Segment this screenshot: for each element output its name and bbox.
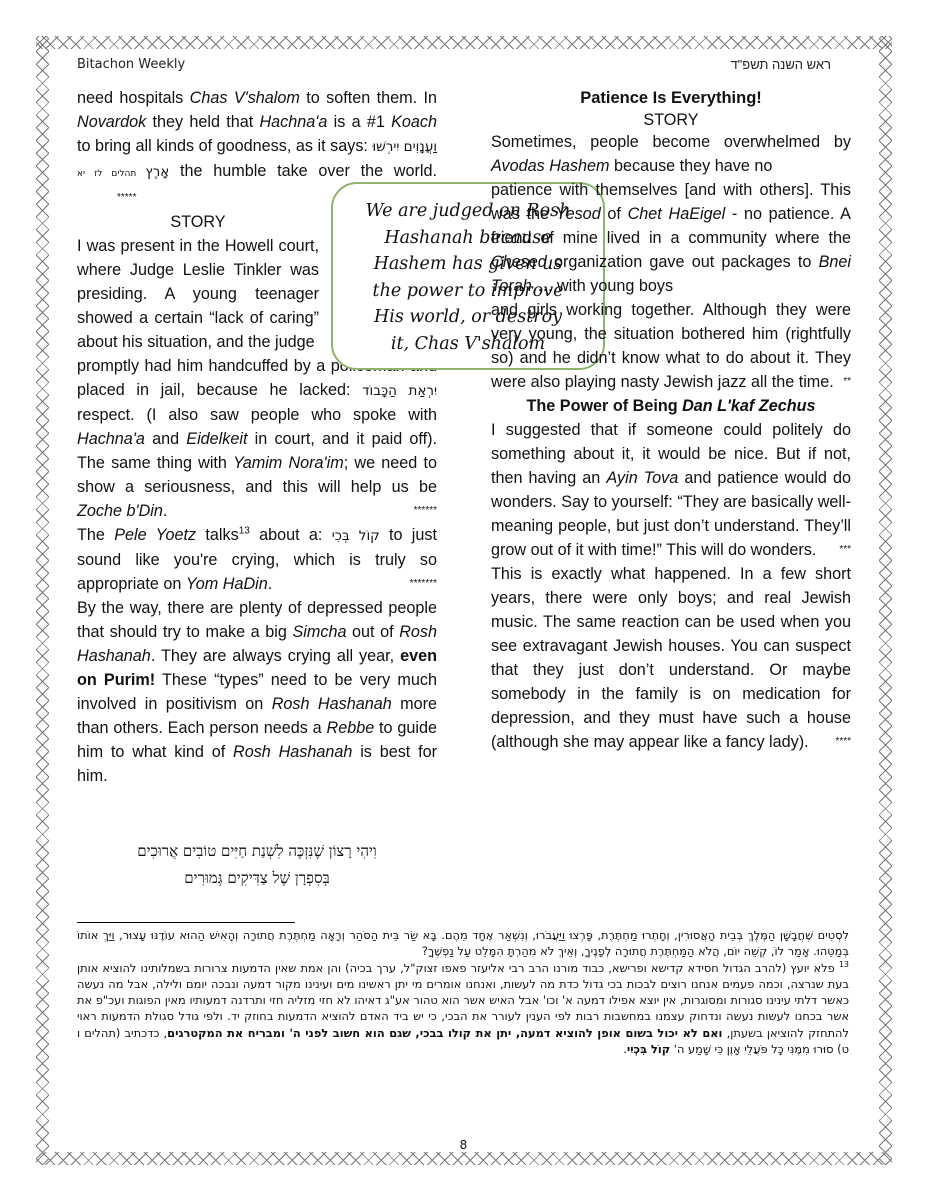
story-paragraph-narrow: I was present in the Howell court, where… (77, 234, 319, 354)
right-column: Patience Is Everything! STORY Sometimes,… (491, 86, 851, 754)
section-stars: *** (839, 538, 851, 562)
intro-paragraph-full: Sometimes, people become overwhelmed by … (491, 130, 851, 178)
section-stars: ******* (410, 572, 437, 596)
section-title: The Power of Being Dan L'kaf Zechus (491, 394, 851, 418)
border-left (36, 36, 49, 1165)
border-right (879, 36, 892, 1165)
border-top (36, 36, 892, 49)
footnote-reference[interactable]: 13 (239, 526, 250, 537)
intro-paragraph-continued: and girls working together. Although the… (491, 298, 851, 394)
section-stars: ** (843, 370, 851, 394)
verse-citation: תהלים לז יא (77, 169, 145, 179)
intro-paragraph-narrow: patience with themselves [and with other… (491, 178, 851, 298)
section-stars: ***** (117, 192, 136, 203)
suggestion-paragraph: I suggested that if someone could polite… (491, 418, 851, 562)
border-bottom (36, 1152, 892, 1165)
section-stars: **** (835, 730, 851, 754)
publication-name: Bitachon Weekly (77, 57, 185, 72)
story-heading: STORY (491, 110, 851, 130)
depressed-paragraph: By the way, there are plenty of depresse… (77, 596, 437, 788)
pele-yoetz-paragraph: The Pele Yoetz talks13 about a: קוֹל בְּ… (77, 523, 437, 596)
issue-hebrew-title: ראש השנה תשפ"ד (730, 57, 831, 72)
footnote-separator (77, 922, 295, 923)
footnote-continued: לִסְטִים שֶׁחֲבָשָׁן הַמֶּלֶךְ בְּבֵית ה… (77, 927, 849, 960)
hebrew-phrase: קוֹל בְּכִי (332, 528, 380, 544)
hebrew-blessing: וִיהִי רָצוֹן שֶׁנִּזְכֶּה לִשְׁנַת חַיִ… (77, 838, 437, 892)
article-title: Patience Is Everything! (491, 86, 851, 110)
footnotes-section: לִסְטִים שֶׁחֲבָשָׁן הַמֶּלֶךְ בְּבֵית ה… (77, 927, 849, 1057)
page-number: 8 (0, 1138, 927, 1152)
footnote-number: 13 (839, 960, 849, 969)
outcome-paragraph: This is exactly what happened. In a few … (491, 562, 851, 754)
story-paragraph-continued: promptly had him handcuffed by a policem… (77, 354, 437, 523)
section-stars: ****** (414, 499, 437, 523)
story-heading: STORY (77, 210, 319, 234)
hebrew-phrase: יִרְאַת הַכָּבוֹד (362, 383, 437, 399)
footnote-13: 13 פלא יועץ (להרב הגדול חסידא קדישא ופרי… (77, 960, 849, 1058)
